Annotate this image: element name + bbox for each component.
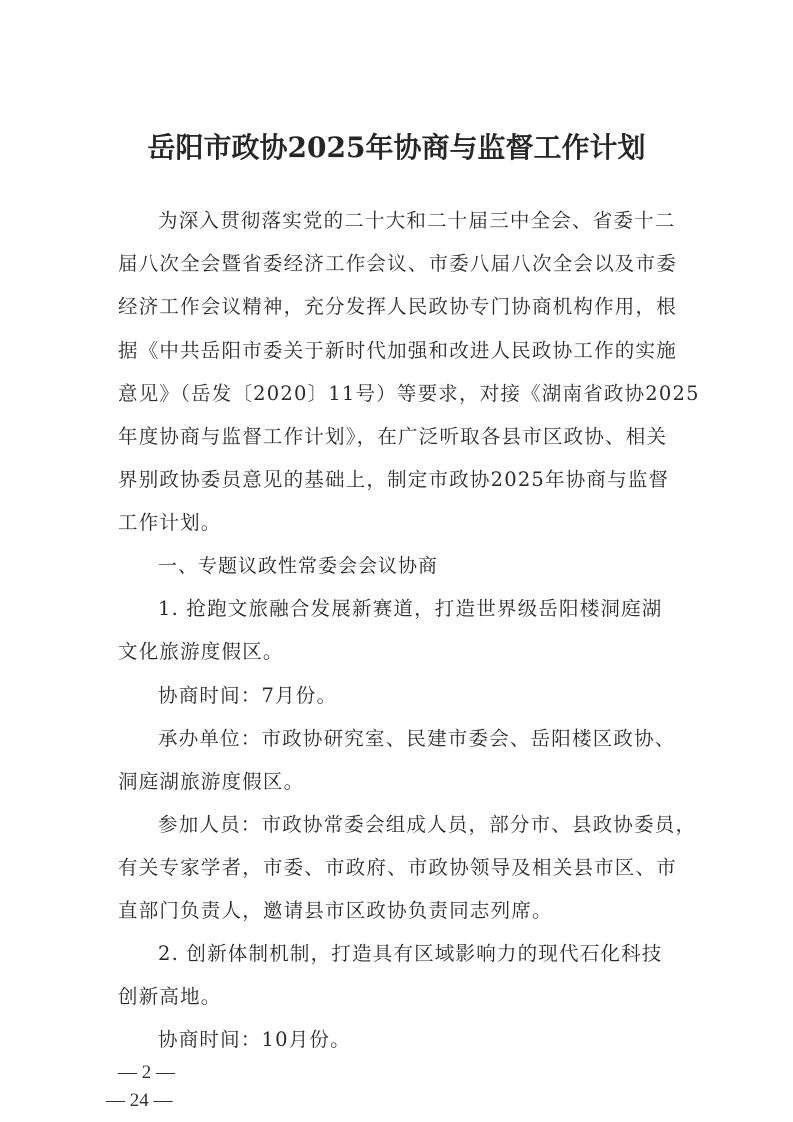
page-number-inner: — 2 — — [118, 1062, 175, 1084]
item-topic-line: 1. 抢跑文旅融合发展新赛道，打造世界级岳阳楼洞庭湖 — [158, 596, 663, 622]
document-title: 岳阳市政协2025年协商与监督工作计划 — [0, 128, 793, 168]
item-participants-line: 直部门负责人，邀请县市区政协负责同志列席。 — [118, 898, 553, 924]
intro-line: 据《中共岳阳市委关于新时代加强和改进人民政协工作的实施 — [118, 338, 677, 364]
intro-line: 界别政协委员意见的基础上，制定市政协2025年协商与监督 — [118, 467, 669, 493]
item-time: 协商时间：7月份。 — [158, 683, 337, 709]
item-organizer-line: 承办单位：市政协研究室、民建市委会、岳阳楼区政协、 — [158, 726, 676, 752]
section-heading: 一、专题议政性常委会会议协商 — [158, 553, 438, 579]
document-page: 岳阳市政协2025年协商与监督工作计划 为深入贯彻落实党的二十大和二十届三中全会… — [0, 0, 793, 1122]
intro-line: 年度协商与监督工作计划》，在广泛听取各县市区政协、相关 — [118, 424, 667, 450]
item-topic-line: 创新高地。 — [118, 984, 222, 1010]
intro-line: 为深入贯彻落实党的二十大和二十届三中全会、省委十二 — [158, 208, 676, 234]
item-topic-line: 2. 创新体制机制，打造具有区域影响力的现代石化科技 — [158, 941, 663, 967]
item-topic-line: 文化旅游度假区。 — [118, 639, 284, 665]
item-organizer-line: 洞庭湖旅游度假区。 — [118, 769, 304, 795]
item-participants-line: 有关专家学者，市委、市政府、市政协领导及相关县市区、市 — [118, 855, 677, 881]
page-number-outer: — 24 — — [106, 1090, 173, 1112]
intro-line: 意见》（岳发〔2020〕11号）等要求，对接《湖南省政协2025 — [118, 381, 700, 407]
intro-line: 工作计划。 — [118, 510, 222, 536]
intro-line: 经济工作会议精神，充分发挥人民政协专门协商机构作用，根 — [118, 294, 677, 320]
item-participants-line: 参加人员：市政协常委会组成人员，部分市、县政协委员， — [158, 812, 696, 838]
item-time: 协商时间：10月份。 — [158, 1027, 351, 1053]
intro-line: 届八次全会暨省委经济工作会议、市委八届八次全会以及市委 — [118, 251, 677, 277]
